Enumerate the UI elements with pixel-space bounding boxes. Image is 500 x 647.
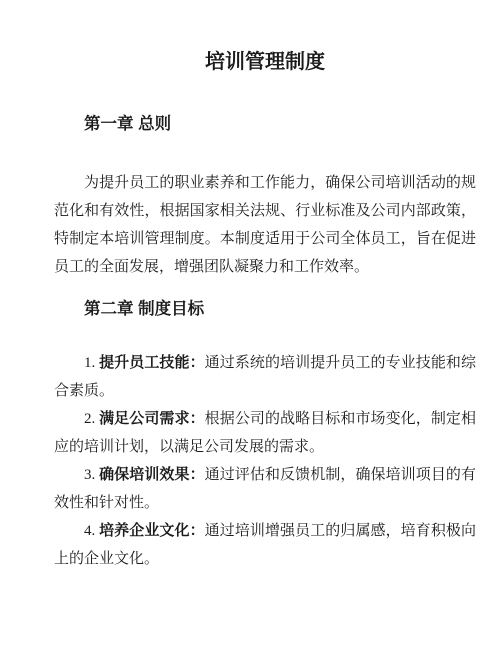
goal-number: 2. <box>84 411 99 427</box>
goal-list: 1. 提升员工技能：通过系统的培训提升员工的专业技能和综合素质。 2. 满足公司… <box>54 349 476 573</box>
goal-number: 3. <box>84 467 99 483</box>
goal-number: 1. <box>84 355 99 371</box>
goal-label: 培养企业文化： <box>99 522 205 539</box>
document-title: 培训管理制度 <box>54 50 476 74</box>
goal-item-3: 3. 确保培训效果：通过评估和反馈机制，确保培训项目的有效性和针对性。 <box>54 461 476 517</box>
goal-label: 确保培训效果： <box>99 466 205 483</box>
goal-item-1: 1. 提升员工技能：通过系统的培训提升员工的专业技能和综合素质。 <box>54 349 476 405</box>
chapter-1-paragraph: 为提升员工的职业素养和工作能力，确保公司培训活动的规范化和有效性，根据国家相关法… <box>54 169 476 281</box>
goal-label: 提升员工技能： <box>99 354 205 371</box>
document-page: 培训管理制度 第一章 总则 为提升员工的职业素养和工作能力，确保公司培训活动的规… <box>0 0 500 647</box>
goal-item-2: 2. 满足公司需求：根据公司的战略目标和市场变化，制定相应的培训计划，以满足公司… <box>54 405 476 461</box>
chapter-2-heading: 第二章 制度目标 <box>54 299 476 319</box>
goal-label: 满足公司需求： <box>99 410 205 427</box>
goal-number: 4. <box>84 523 99 539</box>
goal-item-4: 4. 培养企业文化：通过培训增强员工的归属感，培育积极向上的企业文化。 <box>54 517 476 573</box>
chapter-1-heading: 第一章 总则 <box>54 114 476 134</box>
